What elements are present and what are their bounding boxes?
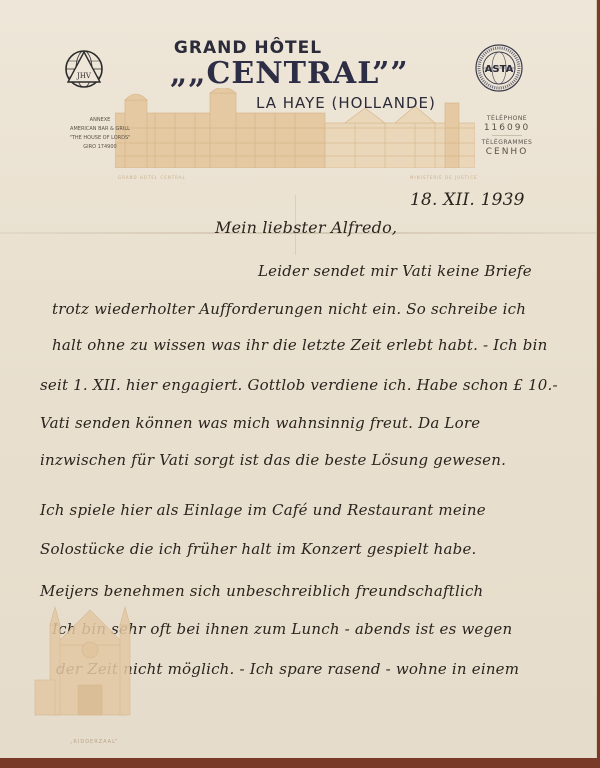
contact-info: TÉLÉPHONE 116090 TÉLÉGRAMMES CENHO	[472, 114, 542, 157]
annex-line: "THE HOUSE OF LORDS"	[60, 134, 140, 143]
letter-line: inzwischen für Vati sorgt ist das die be…	[40, 451, 506, 469]
building-caption-right: MINISTERIE DE JUSTICE	[410, 175, 478, 180]
annex-line: AMERICAN BAR & GRILL	[60, 125, 140, 134]
letter-line: Ich spiele hier als Einlage im Café und …	[40, 501, 486, 519]
letter-line: halt ohne zu wissen was ihr die letzte Z…	[52, 336, 547, 354]
telephone-value: 116090	[472, 123, 542, 133]
svg-text:ASTA: ASTA	[485, 64, 514, 75]
svg-text:JHV: JHV	[76, 72, 92, 80]
letter-page: JHV ASTA	[0, 0, 597, 758]
letter-line: Leider sendet mir Vati keine Briefe	[258, 262, 532, 280]
letter-date: 18. XII. 1939	[410, 190, 525, 210]
hotel-location: LA HAYE (HOLLANDE)	[256, 94, 456, 112]
hotel-name-central: „„CENTRAL””	[170, 56, 390, 91]
annex-line: ANNEXE	[60, 116, 140, 125]
hotel-name-line1: GRAND HÔTEL	[158, 38, 338, 58]
letter-line: seit 1. XII. hier engagiert. Gottlob ver…	[40, 376, 558, 394]
globe-triangle-jhv-icon: JHV	[64, 49, 104, 89]
letter-line: Meijers benehmen sich unbeschreiblich fr…	[40, 582, 483, 600]
annex-line: GIRO 174900	[60, 143, 140, 152]
asta-seal-icon: ASTA	[474, 43, 524, 93]
annex-info: ANNEXE AMERICAN BAR & GRILL "THE HOUSE O…	[60, 116, 140, 152]
building-caption-left: GRAND HÔTEL CENTRAL	[118, 175, 186, 180]
ridderzaal-illustration	[30, 605, 150, 720]
divider	[492, 135, 522, 136]
ridderzaal-caption: „RIDDERZAAL”	[70, 739, 118, 745]
letter-line: Solostücke die ich früher halt im Konzer…	[40, 540, 477, 558]
letter-line: trotz wiederholter Aufforderungen nicht …	[52, 300, 526, 318]
telephone-label: TÉLÉPHONE	[472, 114, 542, 123]
telegram-value: CENHO	[472, 147, 542, 157]
letter-salutation: Mein liebster Alfredo,	[215, 218, 397, 237]
telegram-label: TÉLÉGRAMMES	[472, 138, 542, 147]
letter-line: Vati senden können was mich wahnsinnig f…	[40, 414, 480, 432]
